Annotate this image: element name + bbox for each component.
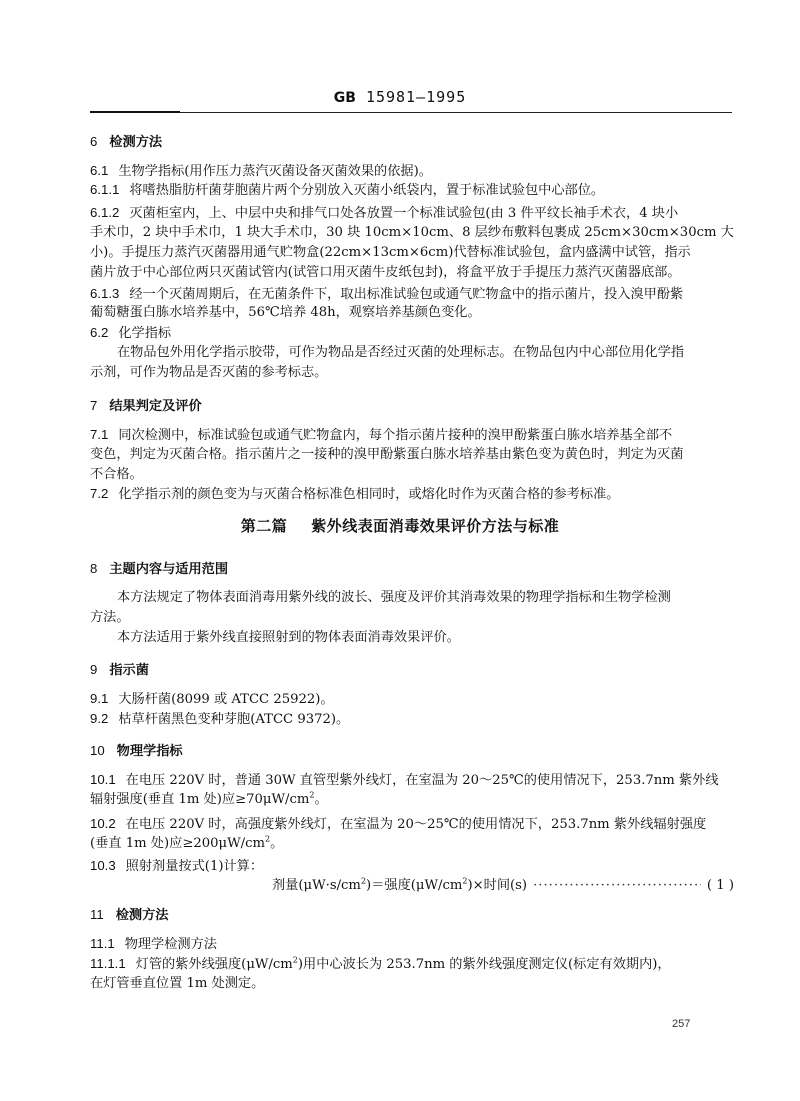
standard-code-header: GB 15981—1995 [0,88,800,106]
clause-10-3: 10.3照射剂量按式(1)计算： [90,856,735,877]
section-title: 主题内容与适用范围 [109,562,228,577]
clause-text: 。 [270,836,283,851]
part-label: 第二篇 [241,517,288,535]
clause-6-2-text-cont: 示剂，可作为物品是否灭菌的参考标志。 [90,363,735,383]
clause-text: 在电压 220V 时，普通 30W 直管型紫外线灯，在室温为 20～25℃的使用… [126,773,719,788]
clause-text: 。 [314,792,327,807]
clause-9-2: 9.2枯草杆菌黑色变种芽胞(ATCC 9372)。 [90,709,735,730]
clause-7-1-cont: 变色，判定为灭菌合格。指示菌片之一接种的溴甲酚紫蛋白胨水培养基由紫色变为黄色时，… [90,445,735,465]
clause-6-1-2: 6.1.2灭菌柜室内，上、中层中央和排气口处各放置一个标准试验包(由 3 件平纹… [90,203,735,224]
section-number: 7 [90,396,97,416]
clause-number: 6.2 [90,323,108,343]
clause-text: 照射剂量按式(1)计算： [126,859,263,874]
section-8-text-cont: 方法。 [90,608,735,628]
clause-6-1-2-cont: 手术巾，2 块中手术巾，1 块大手术巾，30 块 10cm×10cm、8 层纱布… [90,223,735,243]
clause-text: 物理学检测方法 [125,937,217,952]
part-title-text: 紫外线表面消毒效果评价方法与标准 [311,517,559,535]
formula-part: 剂量(μW·s/cm [272,878,361,893]
section-8-text: 本方法规定了物体表面消毒用紫外线的波长、强度及评价其消毒效果的物理学指标和生物学… [117,588,762,608]
section-title: 检测方法 [116,908,169,923]
clause-text: 大肠杆菌(8099 或 ATCC 25922)。 [118,692,333,707]
clause-text: 化学指示剂的颜色变为与灭菌合格标准色相同时，或熔化时作为灭菌合格的参考标准。 [118,487,619,502]
clause-text: )用中心波长为 253.7nm 的紫外线强度测定仪(标定有效期内)， [298,957,671,972]
section-heading-9: 9指示菌 [90,660,735,681]
dot-leader [533,876,701,896]
clause-6-1: 6.1生物学指标(用作压力蒸汽灭菌设备灭菌效果的依据)。 [90,161,735,182]
clause-6-1-3: 6.1.3经一个灭菌周期后，在无菌条件下，取出标准试验包或通气贮物盒中的指示菌片… [90,284,735,305]
formula-expression: 剂量(μW·s/cm2)＝强度(μW/cm2)×时间(s) [272,876,527,896]
section-number: 6 [90,132,97,152]
clause-number: 9.2 [90,709,108,729]
clause-text: 生物学指标(用作压力蒸汽灭菌设备灭菌效果的依据)。 [118,164,432,179]
clause-11-1-1: 11.1.1灯管的紫外线强度(μW/cm2)用中心波长为 253.7nm 的紫外… [90,954,735,975]
clause-9-1: 9.1大肠杆菌(8099 或 ATCC 25922)。 [90,689,735,710]
clause-6-2-text: 在物品包外用化学指示胶带，可作为物品是否经过灭菌的处理标志。在物品包内中心部位用… [117,343,762,363]
clause-number: 11.1 [90,934,115,954]
section-title: 物理学指标 [117,744,183,759]
section-title: 结果判定及评价 [109,399,201,414]
clause-10-1: 10.1在电压 220V 时，普通 30W 直管型紫外线灯，在室温为 20～25… [90,770,735,791]
section-number: 8 [90,559,97,579]
clause-text: 同次检测中，标准试验包或通气贮物盒内，每个指示菌片接种的溴甲酚紫蛋白胨水培养基全… [118,428,672,443]
section-heading-10: 10物理学指标 [90,741,735,762]
clause-number: 6.1.3 [90,284,119,304]
formula-part: )×时间(s) [467,878,527,893]
clause-text: 枯草杆菌黑色变种芽胞(ATCC 9372)。 [118,712,349,727]
clause-number: 11.1.1 [90,954,126,974]
document-page: GB 15981—1995 6检测方法 6.1生物学指标(用作压力蒸汽灭菌设备灭… [0,0,800,1101]
clause-text: 辐射强度(垂直 1m 处)应≥70μW/cm [90,792,309,807]
formula-part: )＝强度(μW/cm [366,878,462,893]
standard-prefix: GB [334,90,356,106]
clause-7-1: 7.1同次检测中，标准试验包或通气贮物盒内，每个指示菌片接种的溴甲酚紫蛋白胨水培… [90,425,735,446]
clause-10-1-cont: 辐射强度(垂直 1m 处)应≥70μW/cm2。 [90,790,735,810]
clause-7-2: 7.2化学指示剂的颜色变为与灭菌合格标准色相同时，或熔化时作为灭菌合格的参考标准… [90,484,735,505]
clause-text: 经一个灭菌周期后，在无菌条件下，取出标准试验包或通气贮物盒中的指示菌片，投入溴甲… [129,287,683,302]
clause-6-1-2-cont: 菌片放于中心部位两只灭菌试管内(试管口用灭菌牛皮纸包封)，将盒平放于手提压力蒸汽… [90,263,735,283]
section-number: 11 [90,905,104,925]
clause-number: 7.2 [90,484,108,504]
clause-11-1: 11.1物理学检测方法 [90,934,735,955]
section-title: 检测方法 [109,135,162,150]
clause-text: 灭菌柜室内，上、中层中央和排气口处各放置一个标准试验包(由 3 件平纹长袖手术衣… [129,206,678,221]
clause-6-2: 6.2化学指标 [90,323,735,344]
clause-text: 将嗜热脂肪杆菌芽胞菌片两个分别放入灭菌小纸袋内，置于标准试验包中心部位。 [129,183,604,198]
section-heading-6: 6检测方法 [90,132,735,153]
page-number: 257 [672,1018,690,1030]
clause-6-1-1: 6.1.1将嗜热脂肪杆菌芽胞菌片两个分别放入灭菌小纸袋内，置于标准试验包中心部位… [90,180,735,201]
section-title: 指示菌 [109,663,149,678]
dose-formula: 剂量(μW·s/cm2)＝强度(μW/cm2)×时间(s) ( 1 ) [272,876,734,896]
clause-number: 7.1 [90,425,108,445]
section-number: 9 [90,660,97,680]
clause-number: 9.1 [90,689,108,709]
clause-number: 10.2 [90,814,116,834]
clause-11-1-1-cont: 在灯管垂直位置 1m 处测定。 [90,974,735,994]
clause-7-1-cont: 不合格。 [90,465,735,485]
section-heading-7: 7结果判定及评价 [90,396,735,417]
clause-number: 6.1 [90,161,108,181]
equation-number: ( 1 ) [707,876,734,896]
section-number: 10 [90,741,105,761]
clause-10-2: 10.2在电压 220V 时，高强度紫外线灯，在室温为 20～25℃的使用情况下… [90,814,735,835]
section-heading-11: 11检测方法 [90,905,735,926]
clause-6-1-2-cont: 小)。手提压力蒸汽灭菌器用通气贮物盒(22cm×13cm×6cm)代替标准试验包… [90,243,735,263]
clause-text: 灯管的紫外线强度(μW/cm [136,957,293,972]
section-heading-8: 8主题内容与适用范围 [90,559,735,580]
clause-6-1-3-cont: 葡萄糖蛋白胨水培养基中，56℃培养 48h，观察培养基颜色变化。 [90,303,735,323]
clause-number: 6.1.1 [90,180,119,200]
clause-number: 10.3 [90,856,116,876]
header-rule [90,112,732,113]
clause-number: 6.1.2 [90,203,119,223]
section-8-text-2: 本方法适用于紫外线直接照射到的物体表面消毒效果评价。 [117,628,762,648]
clause-text: (垂直 1m 处)应≥200μW/cm [90,836,265,851]
part-title: 第二篇紫外线表面消毒效果评价方法与标准 [0,515,800,536]
clause-title: 化学指标 [118,326,171,341]
standard-number: 15981—1995 [366,88,466,106]
clause-text: 在电压 220V 时，高强度紫外线灯，在室温为 20～25℃的使用情况下，253… [126,817,707,832]
clause-number: 10.1 [90,770,116,790]
clause-10-2-cont: (垂直 1m 处)应≥200μW/cm2。 [90,834,735,854]
